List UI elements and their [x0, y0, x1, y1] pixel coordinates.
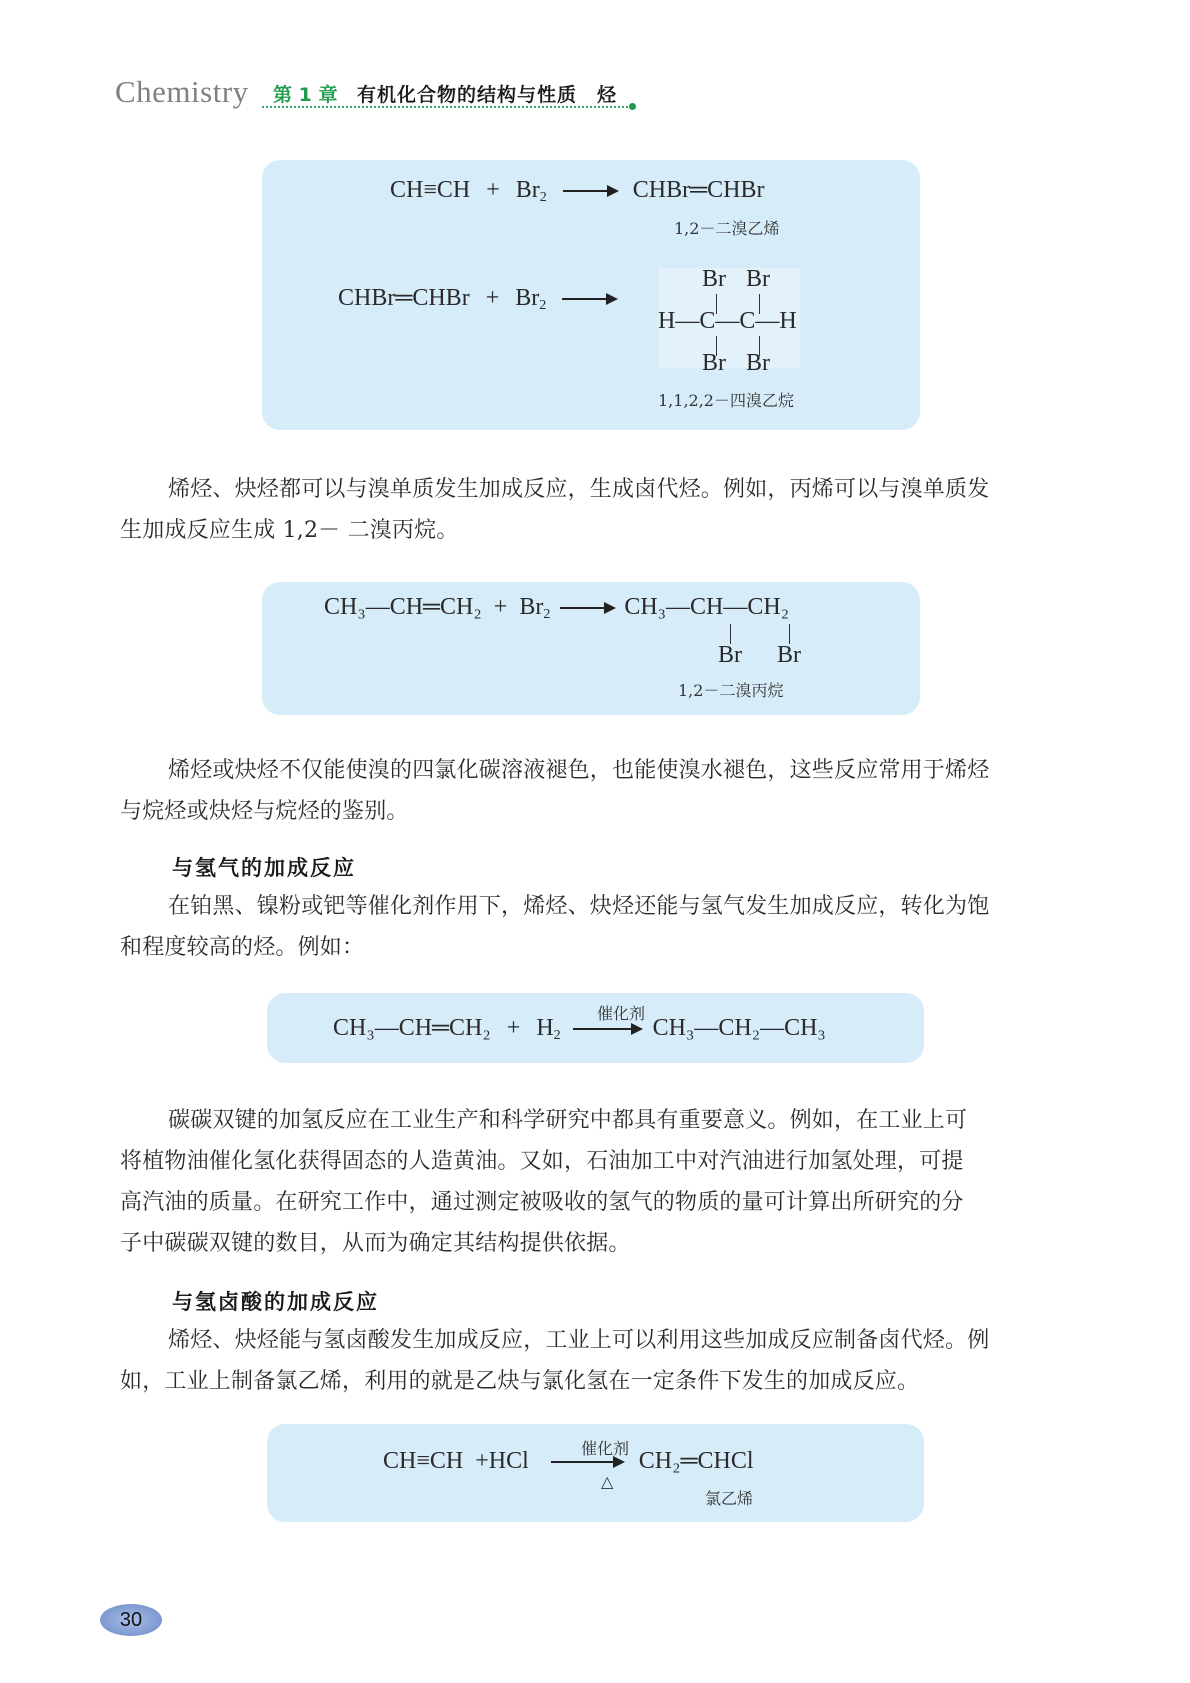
- reaction-condition: 催化剂: [597, 1001, 645, 1024]
- page-number: 30: [100, 1604, 162, 1636]
- product: CHBr═CHBr: [633, 177, 765, 203]
- reactant: CH₃—CH═CH₂: [324, 594, 482, 620]
- reactant: CH₃—CH═CH₂: [333, 1015, 491, 1041]
- reaction-arrow-icon: [562, 298, 616, 300]
- equation-box-bromine-acetylene: CH≡CH + Br2 CHBr═CHBr 1,2－二溴乙烯 CHBr═CHBr…: [262, 160, 920, 430]
- reagent: H2: [536, 1015, 560, 1041]
- paragraph-5: 烯烃、炔烃能与氢卤酸发生加成反应，工业上可以利用这些加成反应制备卤代烃。例 如，…: [120, 1320, 1070, 1402]
- equation-2: CHBr═CHBr + Br2: [338, 285, 626, 314]
- equation-5: CH≡CH +HCl CH₂═CHCl: [383, 1448, 754, 1475]
- plus-sign: +: [494, 594, 508, 620]
- top-substituent: Br: [746, 266, 770, 293]
- branch-substituent: Br: [777, 642, 801, 669]
- plus-sign: +: [486, 177, 500, 203]
- product: CH₂═CHCl: [639, 1448, 754, 1474]
- product: CH₃—CH₂—CH₃: [653, 1015, 826, 1041]
- product-name: 1,2－二溴丙烷: [678, 678, 783, 701]
- reaction-condition-catalyst: 催化剂: [581, 1436, 629, 1459]
- bond-line: [789, 624, 790, 644]
- chapter-label: 第 1 章: [273, 80, 337, 107]
- equation-4: CH₃—CH═CH₂ + H2 CH₃—CH₂—CH₃: [333, 1015, 826, 1044]
- bottom-substituent: Br: [746, 350, 770, 377]
- reagent: Br2: [519, 594, 550, 620]
- reagent: Br2: [515, 285, 546, 311]
- header-dot-icon: [629, 103, 636, 110]
- product-name: 1,2－二溴乙烯: [674, 216, 779, 239]
- bond-line: [730, 624, 731, 644]
- paragraph-1: 烯烃、炔烃都可以与溴单质发生加成反应，生成卤代烃。例如，丙烯可以与溴单质发 生加…: [120, 469, 1070, 551]
- bottom-substituent: Br: [702, 350, 726, 377]
- reaction-arrow-icon: [551, 1461, 623, 1463]
- equation-box-acetylene-hcl: CH≡CH +HCl CH₂═CHCl 催化剂 △ 氯乙烯: [267, 1424, 924, 1522]
- paragraph-4: 碳碳双键的加氢反应在工业生产和科学研究中都具有重要意义。例如，在工业上可 将植物…: [120, 1100, 1070, 1264]
- paragraph-3: 在铂黑、镍粉或钯等催化剂作用下，烯烃、炔烃还能与氢气发生加成反应，转化为饱 和程…: [120, 886, 1070, 968]
- equation-box-propene-hydrogen: CH₃—CH═CH₂ + H2 CH₃—CH₂—CH₃ 催化剂: [267, 993, 924, 1063]
- reaction-arrow-icon: [563, 190, 617, 192]
- reactant: CH≡CH: [383, 1448, 463, 1474]
- reactant: CH≡CH: [390, 177, 470, 203]
- equation-3: CH₃—CH═CH₂ + Br2 CH₃—CH—CH₂: [324, 594, 789, 623]
- reaction-arrow-icon: [573, 1028, 641, 1030]
- header-divider: [262, 106, 632, 108]
- equation-1: CH≡CH + Br2 CHBr═CHBr: [390, 177, 764, 206]
- branch-substituent: Br: [718, 642, 742, 669]
- reagent: Br2: [516, 177, 547, 203]
- reagent: +HCl: [475, 1448, 529, 1474]
- plus-sign: +: [486, 285, 500, 311]
- equation-box-propene-bromine: CH₃—CH═CH₂ + Br2 CH₃—CH—CH₂ Br Br 1,2－二溴…: [262, 582, 920, 715]
- section-heading-hydrogen-addition: 与氢气的加成反应: [172, 852, 356, 882]
- paragraph-2: 烯烃或炔烃不仅能使溴的四氯化碳溶液褪色，也能使溴水褪色，这些反应常用于烯烃 与烷…: [120, 750, 1070, 832]
- reactant: CHBr═CHBr: [338, 285, 470, 311]
- product-name: 1,1,2,2－四溴乙烷: [658, 388, 794, 411]
- reaction-arrow-icon: [560, 607, 614, 609]
- header-brand: Chemistry: [115, 74, 249, 110]
- plus-sign: +: [507, 1015, 521, 1041]
- chapter-title: 有机化合物的结构与性质 烃: [357, 80, 617, 107]
- top-substituent: Br: [702, 266, 726, 293]
- product: CH₃—CH—CH₂: [624, 594, 789, 620]
- section-heading-hydrohalic-addition: 与氢卤酸的加成反应: [172, 1286, 379, 1316]
- main-chain: H—C—C—H: [658, 308, 797, 335]
- structural-formula-tetrabromoethane: Br Br H—C—C—H Br Br: [658, 268, 800, 368]
- reaction-condition-heat: △: [601, 1472, 613, 1491]
- product-name: 氯乙烯: [705, 1486, 753, 1509]
